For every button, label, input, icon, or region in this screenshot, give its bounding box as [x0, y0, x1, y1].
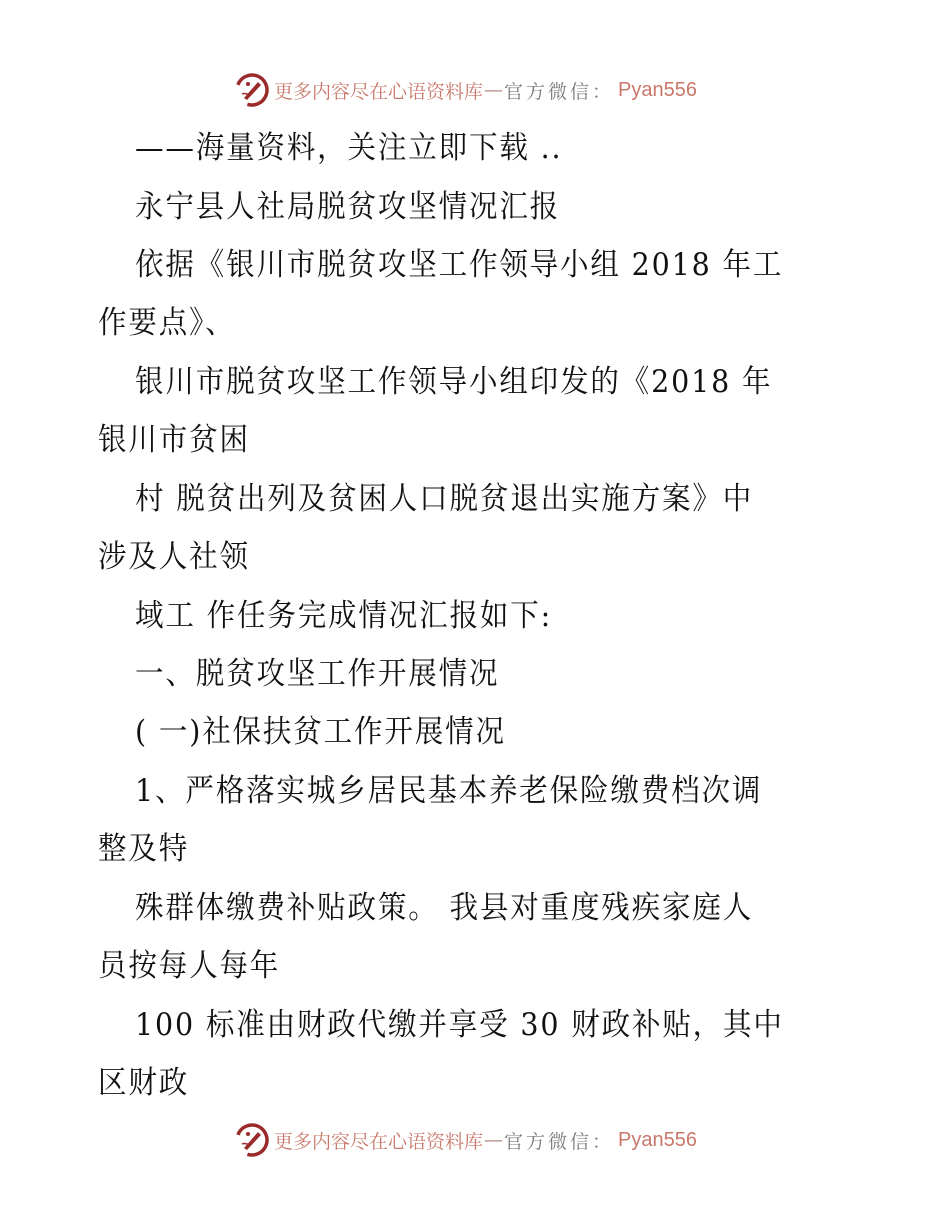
watermark-brand-text: 更多内容尽在心语资料库	[274, 1127, 483, 1154]
footer-watermark: 更多内容尽在心语资料库 — 官方微信： Pyan556	[234, 1120, 697, 1160]
quill-logo-icon	[234, 1122, 270, 1158]
paragraph-line: 区财政	[98, 1063, 189, 1103]
subsection-heading: ( 一)社保扶贫工作开展情况	[135, 712, 506, 752]
header-watermark: 更多内容尽在心语资料库 — 官方微信： Pyan556	[234, 70, 697, 110]
paragraph-line: 整及特	[98, 829, 189, 869]
paragraph-line: 村 脱贫出列及贫困人口脱贫退出实施方案》中	[135, 479, 753, 519]
paragraph-line: 100 标准由财政代缴并享受 30 财政补贴，其中	[135, 1005, 784, 1045]
watermark-wechat-id: Pyan556	[618, 1129, 697, 1152]
quill-logo-icon	[234, 72, 270, 108]
document-title: 永宁县人社局脱贫攻坚情况汇报	[135, 187, 560, 227]
watermark-wechat-id: Pyan556	[618, 79, 697, 102]
section-heading: 一、脱贫攻坚工作开展情况	[135, 654, 499, 694]
watermark-label: 官方微信：	[504, 1127, 614, 1154]
watermark-dash: —	[484, 1129, 503, 1151]
watermark-label: 官方微信：	[504, 77, 614, 104]
paragraph-line: 1、严格落实城乡居民基本养老保险缴费档次调	[135, 771, 762, 811]
paragraph-line: 员按每人每年	[98, 946, 280, 986]
intro-line: ——海量资料，关注立即下载 ..	[135, 128, 562, 168]
paragraph-line: 殊群体缴费补贴政策。 我县对重度残疾家庭人	[135, 888, 753, 928]
paragraph-line: 依据《银川市脱贫攻坚工作领导小组 2018 年工	[135, 245, 783, 285]
paragraph-line: 银川市脱贫攻坚工作领导小组印发的《2018 年	[135, 362, 772, 402]
paragraph-line: 银川市贫困	[98, 420, 250, 460]
watermark-brand-text: 更多内容尽在心语资料库	[274, 77, 483, 104]
watermark-dash: —	[484, 79, 503, 101]
paragraph-line: 域工 作任务完成情况汇报如下:	[135, 596, 552, 636]
paragraph-line: 作要点》、	[98, 303, 236, 343]
paragraph-line: 涉及人社领	[98, 537, 250, 577]
